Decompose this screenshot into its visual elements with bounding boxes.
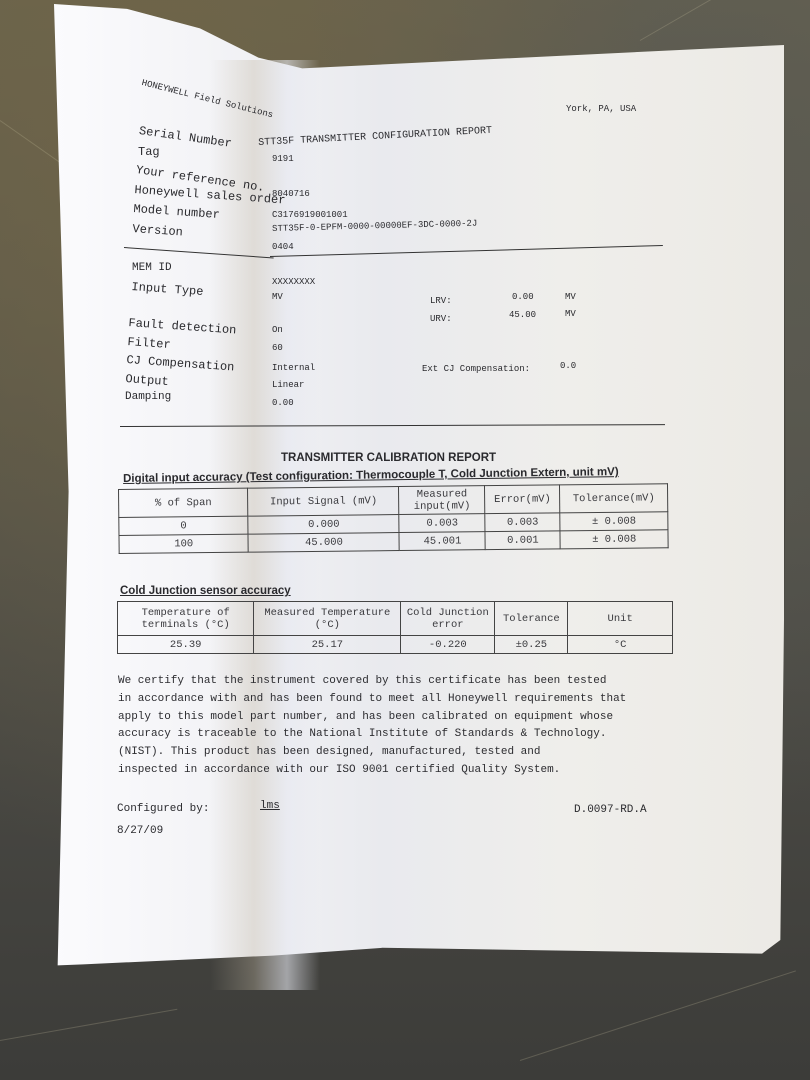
certification-line: in accordance with and has been found to… [118,691,626,709]
calibration-title: TRANSMITTER CALIBRATION REPORT [281,452,496,464]
column-header: % of Span [119,488,249,517]
certification-line: (NIST). This product has been designed, … [118,744,626,762]
output-value: Linear [272,380,304,390]
table-cell: ±0.25 [495,636,568,654]
filter-label: Filter [127,335,171,352]
table-header-row: Temperature of terminals (°C) Measured T… [118,602,673,636]
column-header: Temperature of terminals (°C) [118,602,254,636]
mem-id-label: MEM ID [132,262,172,274]
certification-line: apply to this model part number, and has… [118,709,626,727]
column-header: Unit [568,602,673,636]
column-header: Measured input(mV) [399,486,485,515]
filter-value: 60 [272,343,283,353]
lrv-value: 0.00 [512,292,534,302]
table-cell: ± 0.008 [560,530,668,549]
table-cell: 100 [119,534,249,553]
table-cell: 0.001 [485,531,560,550]
column-header: Input Signal (mV) [248,487,399,517]
ext-cj-value: 0.0 [560,361,576,371]
urv-value: 45.00 [509,310,536,320]
table-cell: 0.000 [248,515,399,535]
table-cell: 45.001 [399,532,485,551]
table-cell: ± 0.008 [560,512,668,531]
ext-cj-label: Ext CJ Compensation: [422,364,530,374]
lrv-unit: MV [565,292,576,302]
serial-number-value: 9191 [272,154,294,164]
table-cell: 0.003 [399,514,485,533]
table-cell: 0.003 [485,513,560,532]
damping-label: Damping [125,391,171,403]
configured-by-label: Configured by: [117,803,209,815]
column-header: Tolerance(mV) [560,484,668,513]
surface-scratch [0,1009,177,1041]
tag-label: Tag [138,145,160,159]
location: York, PA, USA [566,104,636,114]
damping-value: 0.00 [272,398,294,408]
table-cell: 25.39 [118,636,254,654]
configured-by-value: lms [260,800,280,812]
document-code: D.0097-RD.A [574,804,647,816]
table-cell: -0.220 [401,636,495,654]
report-date: 8/27/09 [117,825,163,837]
cold-junction-table: Temperature of terminals (°C) Measured T… [117,601,673,654]
table-cell: °C [568,636,673,654]
sales-order-value: C3176919001001 [272,210,348,220]
fault-detection-value: On [272,325,283,335]
table-cell: 45.000 [248,533,399,553]
digital-input-table: % of Span Input Signal (mV) Measured inp… [118,483,669,554]
column-header: Cold Junction error [401,602,495,636]
version-value: 0404 [272,242,294,252]
surface-scratch [640,0,788,41]
mem-id-value: XXXXXXXX [272,277,315,287]
input-type-value: MV [272,292,283,302]
certification-line: inspected in accordance with our ISO 900… [118,762,626,780]
cj-compensation-value: Internal [272,363,315,373]
column-header: Tolerance [495,602,568,636]
certification-statement: We certify that the instrument covered b… [118,673,626,780]
urv-unit: MV [565,309,576,319]
certification-line: accuracy is traceable to the National In… [118,726,626,744]
output-label: Output [125,372,169,389]
table-row: 25.39 25.17 -0.220 ±0.25 °C [118,636,673,654]
table-cell: 25.17 [254,636,401,654]
table-cell: 0 [119,516,249,535]
urv-label: URV: [430,314,452,324]
certification-line: We certify that the instrument covered b… [118,673,626,691]
column-header: Measured Temperature (°C) [254,602,401,636]
cold-junction-heading: Cold Junction sensor accuracy [120,585,291,597]
lrv-label: LRV: [430,296,452,306]
surface-scratch [520,970,796,1061]
column-header: Error(mV) [485,485,560,514]
reference-value: 8040716 [272,189,310,199]
